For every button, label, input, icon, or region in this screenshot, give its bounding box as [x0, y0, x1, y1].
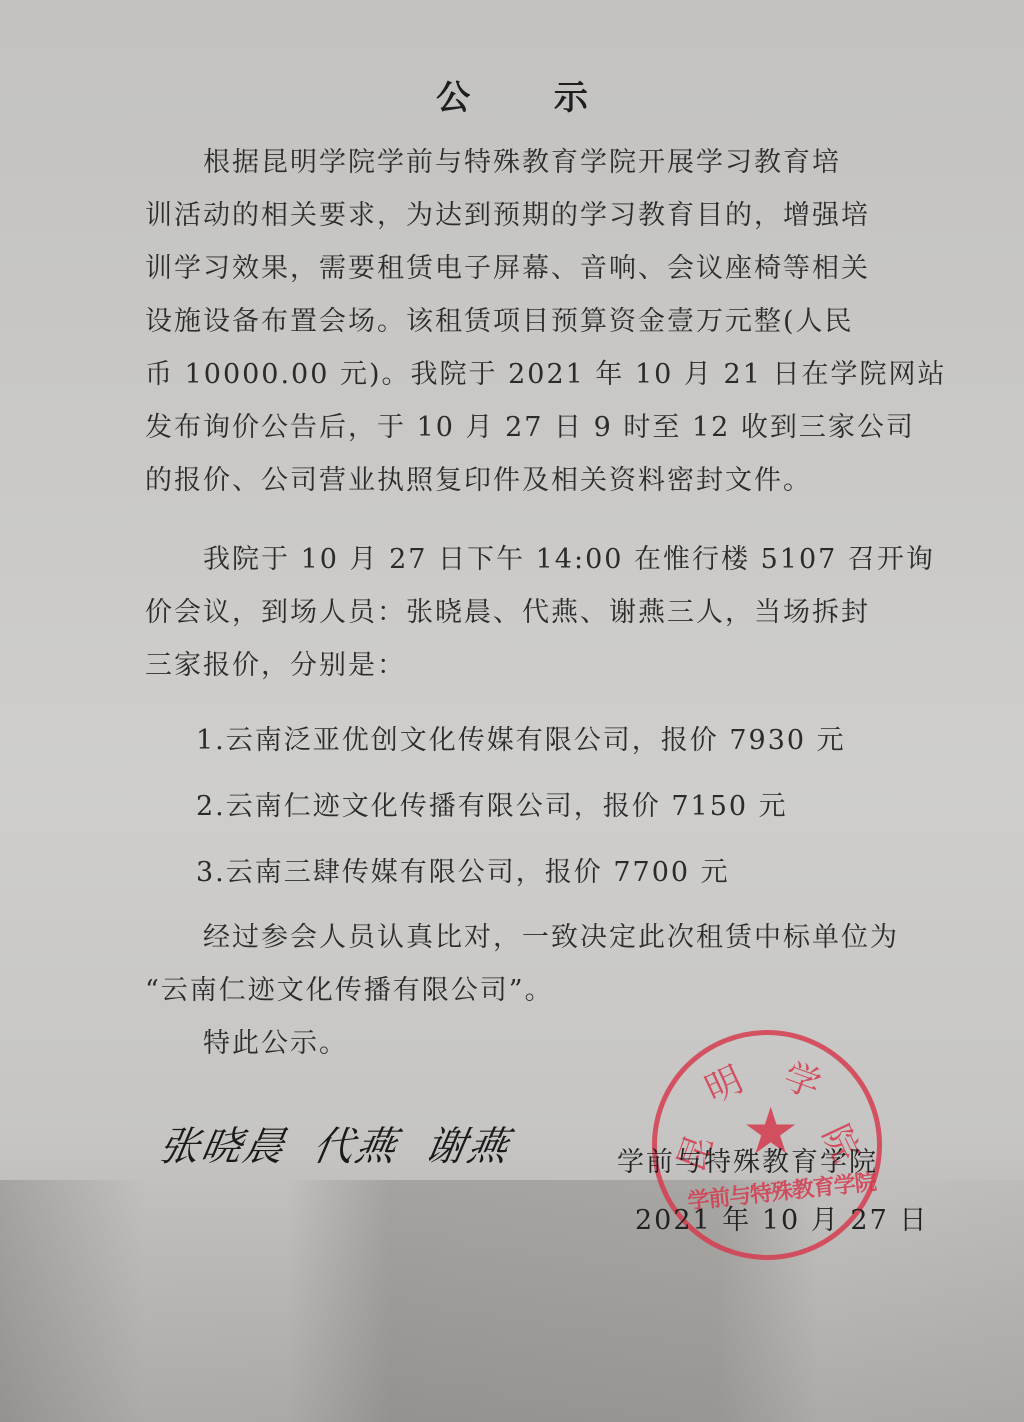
quote-price: 7700: [613, 857, 690, 888]
quote-company: 云南三肆传媒有限公司: [226, 857, 516, 888]
quote-price: 7930: [729, 725, 806, 756]
paragraph2-line: 价会议，到场人员：张晓晨、代燕、谢燕三人，当场拆封: [145, 590, 870, 629]
paragraph1-line: 设施设备布置会场。该租赁项目预算资金壹万元整(人民: [145, 299, 854, 338]
quote-unit: 元: [701, 857, 730, 888]
signature: 代燕: [309, 1124, 401, 1170]
paragraph2-line: 三家报价，分别是：: [145, 643, 406, 682]
paragraph1-line: 发布询价公告后，于 10 月 27 日 9 时至 12 收到三家公司: [145, 405, 915, 444]
quote-price-label: ，报价: [574, 791, 661, 822]
signature: 张晓晨: [155, 1124, 289, 1170]
paragraph3-line: “云南仁迹文化传播有限公司”。: [145, 968, 554, 1007]
paragraph1-line: 的报价、公司营业执照复印件及相关资料密封文件。: [145, 458, 812, 497]
issuing-organization: 学前与特殊教育学院: [617, 1140, 878, 1179]
paragraph1-line: 训活动的相关要求，为达到预期的学习教育目的，增强培: [145, 193, 870, 232]
signature: 谢燕: [421, 1124, 513, 1170]
handwritten-signatures: 张晓晨代燕谢燕: [155, 1115, 543, 1172]
closing-text: 特此公示。: [145, 1021, 348, 1060]
paragraph1-line: 训学习效果，需要租赁电子屏幕、音响、会议座椅等相关: [145, 246, 870, 285]
quote-price-label: ，报价: [516, 857, 603, 888]
quote-index: 1.: [196, 725, 226, 756]
paragraph1-line: 根据昆明学院学前与特殊教育学院开展学习教育培: [145, 140, 841, 179]
quote-item: 1.云南泛亚优创文化传媒有限公司，报价 7930 元: [196, 718, 846, 757]
quote-index: 2.: [196, 791, 226, 822]
quote-company: 云南泛亚优创文化传媒有限公司: [226, 725, 632, 756]
notice-title: 公 示: [0, 70, 1024, 119]
quote-company: 云南仁迹文化传播有限公司: [226, 791, 574, 822]
paragraph2-line: 我院于 10 月 27 日下午 14:00 在惟行楼 5107 召开询: [145, 537, 935, 576]
notice-page: 公 示 根据昆明学院学前与特殊教育学院开展学习教育培 训活动的相关要求，为达到预…: [0, 0, 1024, 1422]
quote-price-label: ，报价: [632, 725, 719, 756]
quote-index: 3.: [196, 857, 226, 888]
paragraph1-line: 币 10000.00 元)。我院于 2021 年 10 月 21 日在学院网站: [145, 352, 946, 391]
paragraph3-line: 经过参会人员认真比对，一致决定此次租赁中标单位为: [145, 915, 899, 954]
quote-unit: 元: [759, 791, 788, 822]
quote-unit: 元: [817, 725, 846, 756]
quote-item: 2.云南仁迹文化传播有限公司，报价 7150 元: [196, 784, 788, 823]
quote-item: 3.云南三肆传媒有限公司，报价 7700 元: [196, 850, 730, 889]
issue-date: 2021 年 10 月 27 日: [635, 1198, 928, 1237]
quote-price: 7150: [671, 791, 748, 822]
